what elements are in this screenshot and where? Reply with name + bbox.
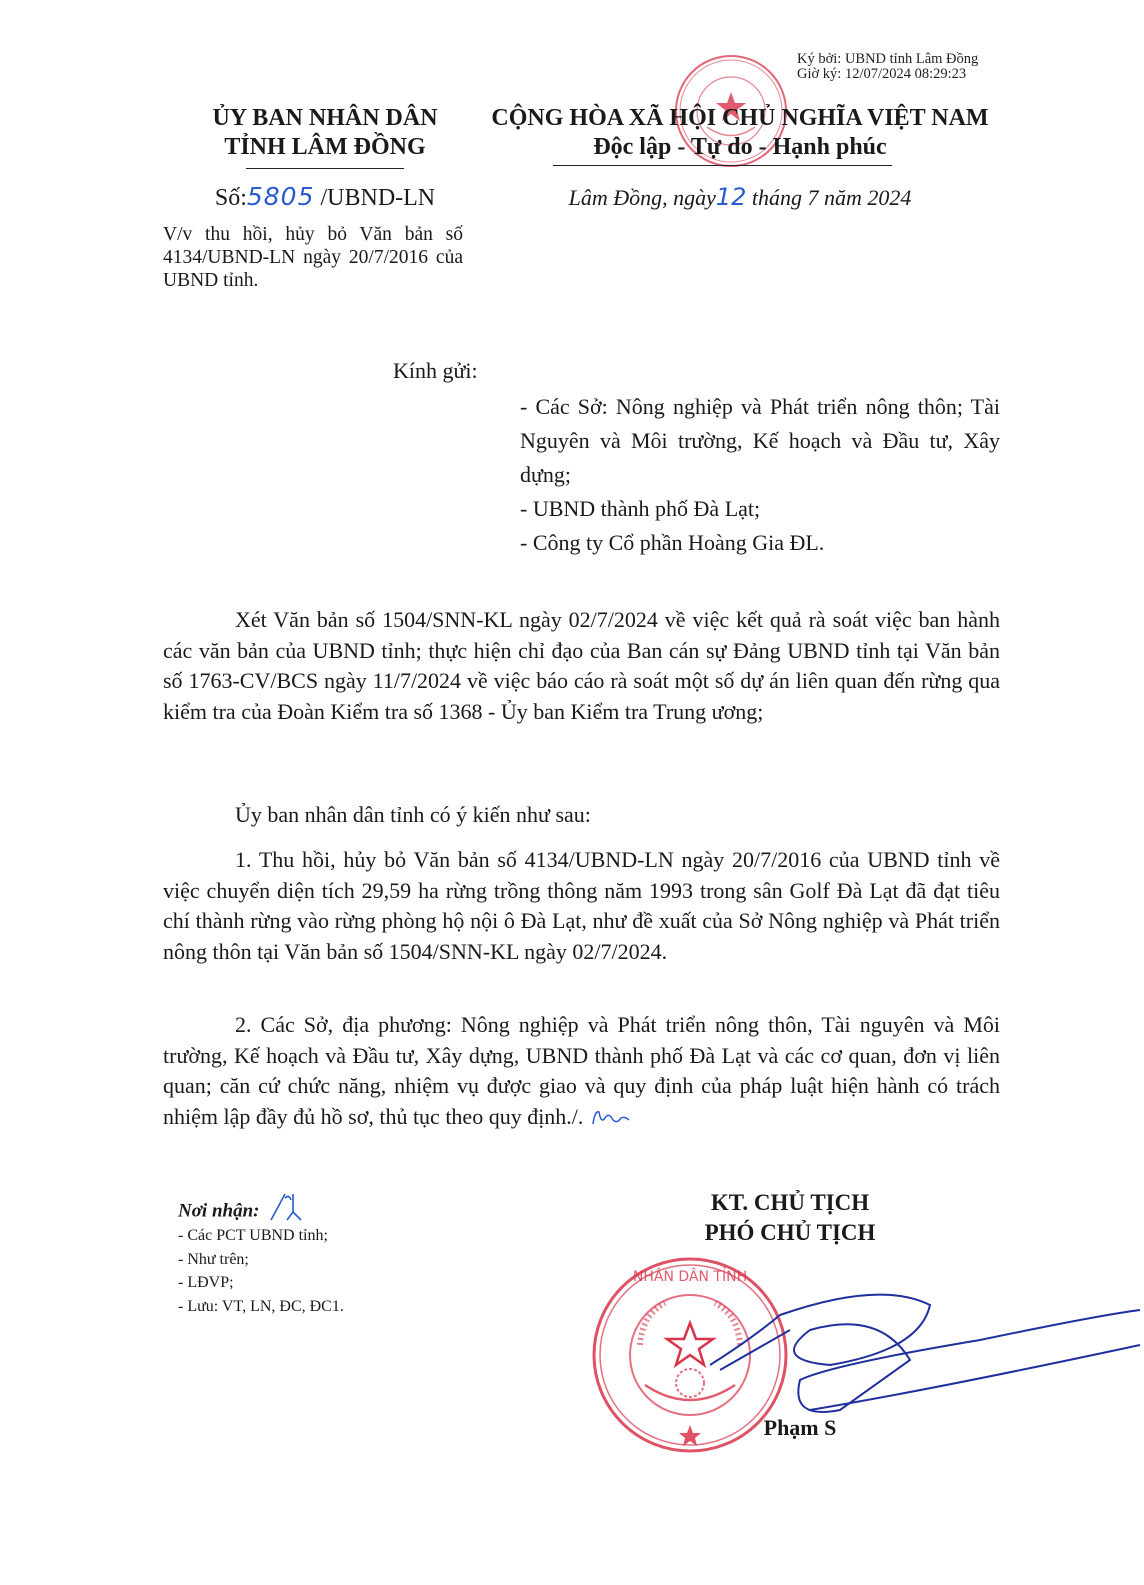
motto-divider [553, 165, 892, 166]
national-header: CỘNG HÒA XÃ HỘI CHỦ NGHĨA VIỆT NAM Độc l… [480, 104, 1000, 162]
place-suffix: tháng 7 năm 2024 [746, 185, 911, 210]
doc-number-handwritten: 5805 [247, 182, 315, 211]
paragraph-4-text: 2. Các Sở, địa phương: Nông nghiệp và Ph… [163, 1012, 1000, 1129]
day-handwritten: 12 [716, 183, 747, 211]
digital-signature-info: Ký bởi: UBND tỉnh Lâm Đồng Giờ ký: 12/07… [797, 52, 978, 82]
body-paragraph-2: Ủy ban nhân dân tỉnh có ý kiến như sau: [163, 800, 1000, 831]
doc-number-prefix: Số: [215, 185, 247, 211]
recipients-footer-title: Nơi nhận: [178, 1201, 259, 1222]
signature-title: KT. CHỦ TỊCH PHÓ CHỦ TỊCH [640, 1188, 940, 1248]
footer-recipient-item: - Các PCT UBND tỉnh; [178, 1224, 344, 1248]
greeting-recipients: - Các Sở: Nông nghiệp và Phát triển nông… [520, 390, 1000, 560]
document-subject: V/v thu hồi, hủy bỏ Văn bản số 4134/UBND… [163, 223, 463, 292]
recipient-item: - UBND thành phố Đà Lạt; [520, 492, 1000, 526]
org-divider [246, 168, 404, 169]
signer-name: Phạm S [700, 1415, 900, 1441]
initial-mark-icon [267, 1190, 317, 1224]
recipient-item: - Các Sở: Nông nghiệp và Phát triển nông… [520, 390, 1000, 492]
nation-title: CỘNG HÒA XÃ HỘI CHỦ NGHĨA VIỆT NAM [480, 104, 1000, 133]
nation-motto: Độc lập - Tự do - Hạnh phúc [480, 133, 1000, 162]
recipient-item: - Công ty Cổ phần Hoàng Gia ĐL. [520, 526, 1000, 560]
greeting-label: Kính gửi: [393, 358, 478, 384]
recipients-footer: Nơi nhận: - Các PCT UBND tỉnh; - Như trê… [178, 1190, 344, 1318]
doc-number-suffix: /UBND-LN [314, 185, 435, 211]
footer-recipient-item: - LĐVP; [178, 1271, 344, 1295]
footer-recipient-item: - Lưu: VT, LN, ĐC, ĐC1. [178, 1295, 344, 1319]
issuing-organization: ỦY BAN NHÂN DÂN TỈNH LÂM ĐỒNG [150, 104, 500, 162]
body-paragraph-1: Xét Văn bản số 1504/SNN-KL ngày 02/7/202… [163, 605, 1000, 727]
place-prefix: Lâm Đồng, ngày [569, 185, 716, 210]
signature-title-line-2: PHÓ CHỦ TỊCH [640, 1218, 940, 1248]
signed-by-label: Ký bởi: UBND tỉnh Lâm Đồng [797, 52, 978, 67]
footer-recipient-item: - Như trên; [178, 1248, 344, 1272]
signature-title-line-1: KT. CHỦ TỊCH [640, 1188, 940, 1218]
org-line-2: TỈNH LÂM ĐỒNG [150, 133, 500, 162]
body-paragraph-4: 2. Các Sở, địa phương: Nông nghiệp và Ph… [163, 1010, 1000, 1132]
place-and-date: Lâm Đồng, ngày12 tháng 7 năm 2024 [480, 182, 1000, 213]
org-line-1: ỦY BAN NHÂN DÂN [150, 104, 500, 133]
signed-time-label: Giờ ký: 12/07/2024 08:29:23 [797, 67, 978, 82]
document-number: Số:5805 /UBND-LN [150, 182, 500, 213]
initial-scribble-icon [589, 1106, 649, 1130]
body-paragraph-3: 1. Thu hồi, hủy bỏ Văn bản số 4134/UBND-… [163, 845, 1000, 967]
